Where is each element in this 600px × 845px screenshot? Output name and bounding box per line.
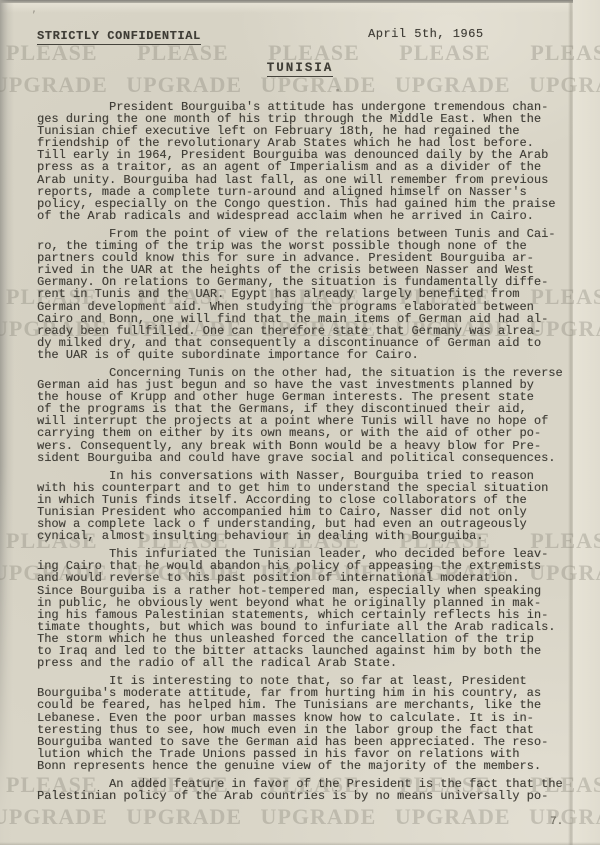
paragraph: Concerning Tunis on the other had, the s… [37,367,577,464]
paragraph: This infuriated the Tunisian leader, who… [37,548,577,669]
paragraph: An added feature in favor of the Preside… [37,778,577,802]
paragraph: It is interesting to note that, so far a… [37,675,577,772]
scan-edge-top-highlight [0,3,600,13]
paper-speck [336,89,339,91]
document-body: President Bourguiba's attitude has under… [37,101,577,808]
page-number: 7. [550,816,563,828]
document-title: TUNISIA [0,61,600,75]
scan-edge-right-strip [573,0,600,845]
scan-edge-left [0,0,14,845]
document-title-text: TUNISIA [267,61,334,77]
classification-stamp: STRICTLY CONFIDENTIAL [37,29,201,45]
paragraph: From the point of view of the relations … [37,228,577,361]
document-date: April 5th, 1965 [368,27,484,41]
document-page: PLEASE PLEASE PLEASE PLEASE PLEASE UPGRA… [0,0,600,845]
paragraph: In his conversations with Nasser, Bourgu… [37,470,577,543]
paragraph: President Bourguiba's attitude has under… [37,101,577,222]
